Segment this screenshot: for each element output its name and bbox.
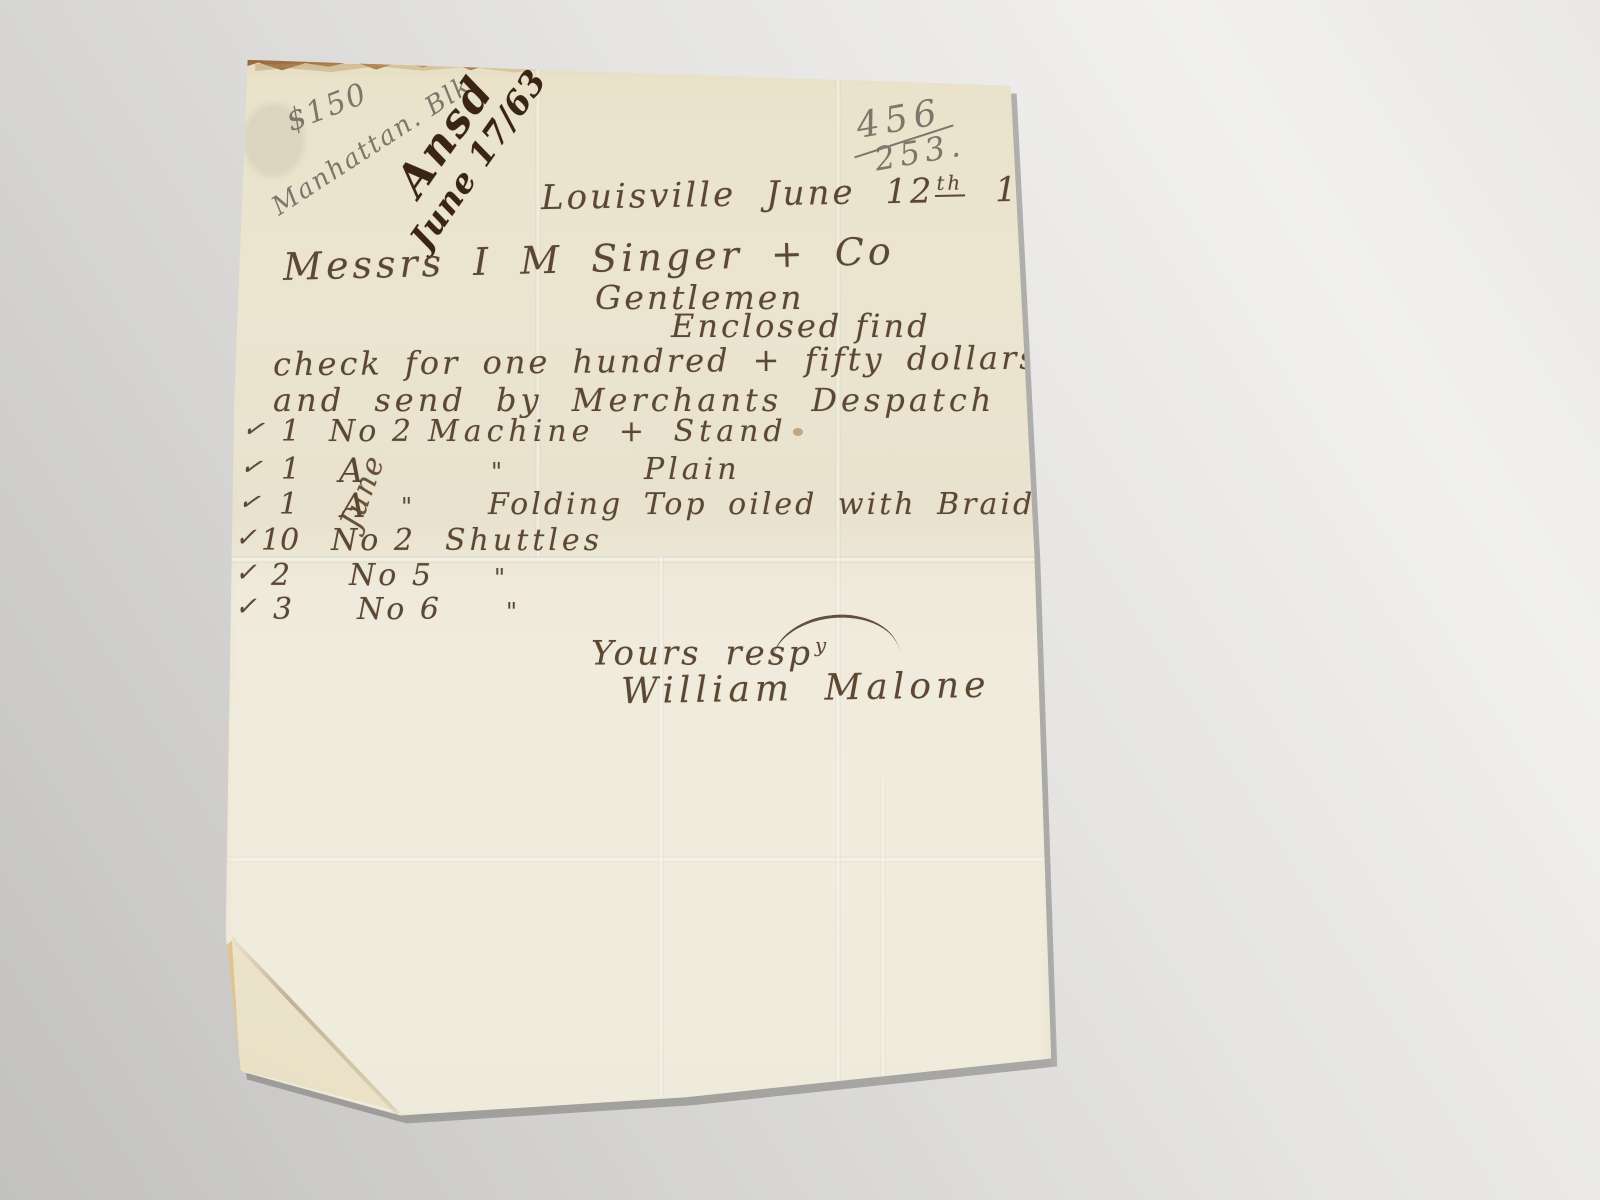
item-model: A	[341, 489, 366, 525]
item-quantity: 1	[279, 489, 298, 521]
item-description: Folding Top oiled with Braided	[488, 489, 1078, 521]
dateline-ordinal: th	[934, 171, 965, 197]
ditto-mark: "	[491, 460, 502, 485]
dateline-year: 1863	[995, 169, 1094, 211]
item-quantity: 2	[271, 560, 290, 592]
dateline-place: Louisville	[541, 175, 737, 218]
check-icon: ✓	[237, 487, 262, 516]
order-item-row: ✓ 1 A " Folding Top oiled with Braided	[213, 489, 1058, 525]
item-quantity: 1	[281, 416, 300, 448]
body-line-1: Enclosed find	[671, 310, 931, 344]
item-model: No 5	[349, 560, 434, 592]
order-item-row: ✓ 10 No 2 Shuttles	[213, 525, 1058, 561]
torn-edge-inner	[255, 64, 1016, 73]
order-item-row: ✓ 2 No 5 "	[213, 560, 1058, 596]
item-quantity: 1	[281, 454, 300, 486]
pencil-amount-note: $150	[282, 78, 372, 138]
item-description: Shuttles	[445, 525, 603, 557]
dateline: Louisville June 12th 1863	[541, 171, 1094, 217]
photo-background: $150 Manhattan. Blk 456 253. Ansd June 1…	[0, 0, 1600, 1200]
check-icon: ✓	[239, 452, 264, 481]
ditto-mark: "	[401, 495, 412, 520]
check-icon: ✓	[235, 525, 257, 552]
item-model: No 2	[331, 525, 416, 557]
item-model: A	[339, 454, 364, 490]
item-description: "	[494, 566, 505, 591]
vertical-fold-crease	[880, 778, 886, 1078]
body-line-2: check for one hundred + fifty dollars	[273, 342, 1039, 382]
check-icon: ✓	[235, 594, 257, 621]
item-quantity: 10	[261, 525, 299, 557]
order-item-row: ✓ 1 No 2 Machine + Stand	[213, 416, 1058, 452]
item-quantity: 3	[273, 594, 292, 626]
item-model: No 6	[357, 594, 442, 626]
item-model: No 2	[329, 416, 414, 448]
item-description: "	[506, 600, 517, 625]
order-item-row: ✓ 1 A " Plain	[213, 454, 1058, 490]
horizontal-fold-crease	[213, 856, 1058, 863]
order-item-row: ✓ 3 No 6 "	[213, 594, 1058, 630]
pencil-file-number: 456 253.	[844, 91, 968, 181]
letter-paper: $150 Manhattan. Blk 456 253. Ansd June 1…	[213, 48, 1058, 1123]
signature: William Malone	[621, 667, 991, 711]
check-icon: ✓	[235, 560, 257, 587]
item-description: Machine + Stand	[428, 416, 788, 448]
dateline-date: June 12	[766, 171, 935, 214]
item-description: Plain	[644, 454, 741, 486]
body-line-3: and send by Merchants Despatch	[273, 384, 995, 418]
check-icon: ✓	[241, 414, 266, 443]
